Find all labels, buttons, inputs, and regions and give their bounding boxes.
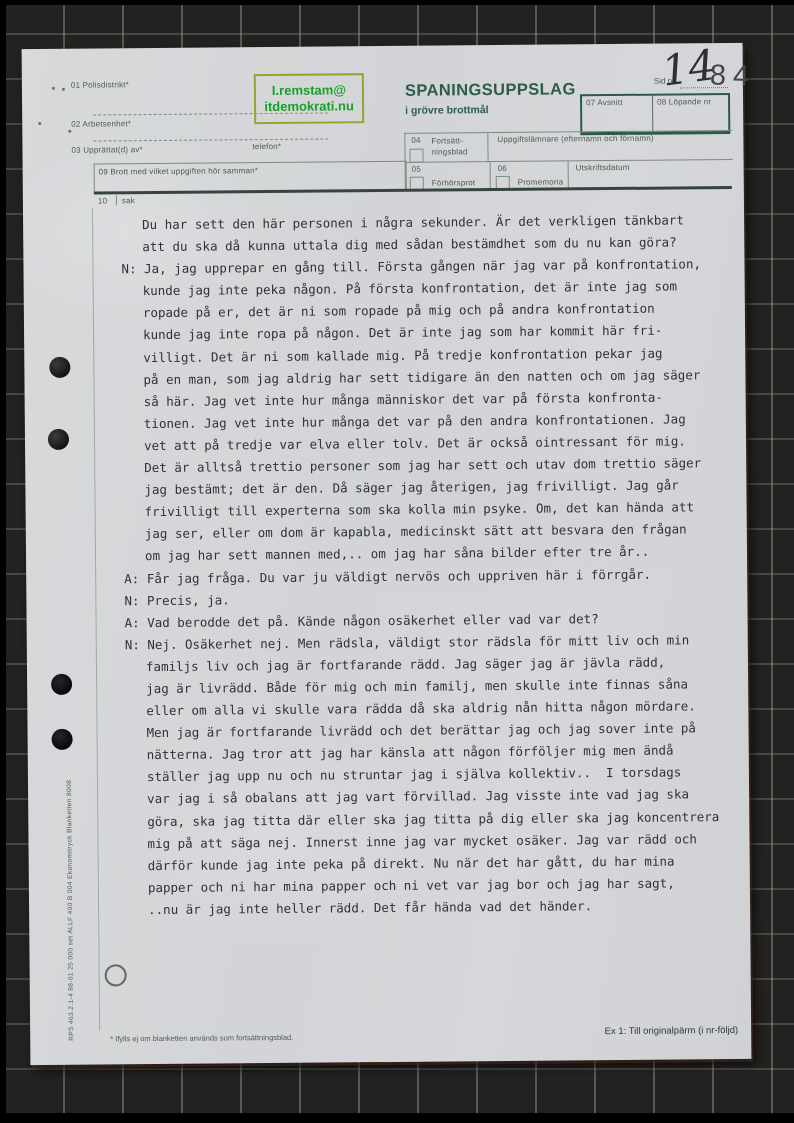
footnote: * Ifylls ej om blanketten används som fo… — [110, 1033, 293, 1044]
punch-hole — [52, 729, 73, 750]
brott-box: 09 Brott med vilket uppgiften hör samman… — [94, 161, 407, 193]
field-04-label-line2: ningsblad — [431, 147, 467, 156]
paper-speck — [52, 87, 55, 90]
row-04: 04 Fortsätt- ningsblad Uppgiftslämnare (… — [405, 131, 732, 162]
field-04-number: 04 — [411, 136, 420, 145]
punch-hole — [49, 357, 70, 378]
punch-hole — [48, 429, 69, 450]
field-10-number: 10 — [98, 196, 107, 205]
field-05-number: 05 — [412, 165, 421, 174]
field-09-brott-label: 09 Brott med vilket uppgiften hör samman… — [99, 166, 258, 176]
field-08-lopande-nr-label: 08 Löpande nr — [653, 95, 728, 132]
field-10-sak-label: sak — [122, 196, 135, 205]
form-number-vertical: RPS 463.2.1-4 88-01 25 000 set ALLF 400 … — [66, 780, 75, 1041]
cell-divider — [490, 162, 491, 190]
field-02-arbetsenhet-label: 02 Arbetsenhet* — [71, 119, 131, 129]
transcript-line: ..nu är jag inte heller rädd. Det får hä… — [127, 894, 717, 921]
paper-speck — [38, 122, 41, 125]
field-04-label-line1: Fortsätt- — [431, 136, 463, 145]
field-separator-dashed — [93, 138, 328, 141]
field-06-number: 06 — [498, 164, 507, 173]
form-title: SPANINGSUPPSLAG — [405, 80, 576, 100]
watermark-line2: itdemokrati.nu — [264, 98, 354, 115]
watermark-stamp: I.remstam@ itdemokrati.nu — [254, 73, 364, 124]
transcript: Du har sett den här personen i några sek… — [121, 209, 717, 921]
field-telefon-label: telefon* — [252, 142, 281, 151]
left-margin-line — [92, 209, 100, 1031]
promemoria-label: Promemoria — [518, 177, 564, 186]
punch-hole — [51, 674, 72, 695]
watermark-line1: I.remstam@ — [272, 82, 346, 99]
field-10-divider — [116, 195, 117, 205]
field-03-upprattad-av-label: 03 Upprättat(d) av* — [71, 145, 142, 155]
fortsattningsblad-checkbox — [409, 149, 423, 163]
cell-divider — [487, 133, 488, 161]
form-subtitle: i grövre brottmål — [405, 104, 489, 117]
avsnitt-lopande-box: 07 Avsnitt 08 Löpande nr — [580, 93, 730, 135]
paper-speck — [68, 130, 71, 133]
header-grid: 04 Fortsätt- ningsblad Uppgiftslämnare (… — [404, 130, 732, 190]
field-07-avsnitt-label: 07 Avsnitt — [582, 96, 653, 133]
field-01-polisdistrikt-label: 01 Polisdistrikt* — [71, 80, 129, 90]
scanned-document-paper: 01 Polisdistrikt* 02 Arbetsenhet* 03 Upp… — [22, 43, 752, 1065]
cell-divider — [568, 161, 569, 189]
ex-note: Ex 1: Till originalpärm (i nr-följd) — [460, 1025, 738, 1038]
stamped-page-number: 84 — [709, 59, 756, 93]
uppgiftslamnare-label: Uppgiftslämnare (efternamn och förnamn) — [497, 134, 653, 144]
ring-mark — [105, 964, 127, 986]
utskriftsdatum-label: Utskriftsdatum — [576, 163, 630, 172]
paper-speck — [62, 88, 65, 91]
forhorsprot-label: Förhörsprot — [432, 178, 476, 187]
